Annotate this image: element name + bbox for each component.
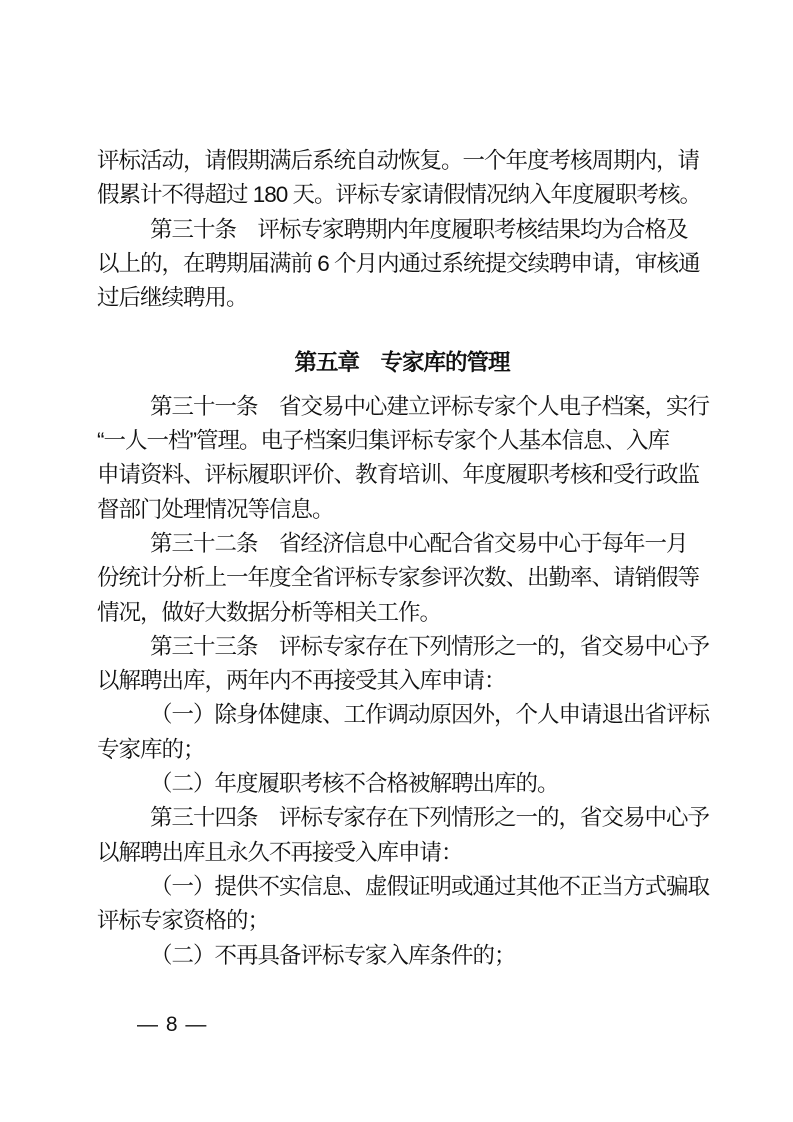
text-line: “一人一档”管理。电子档案归集评标专家个人基本信息、入库 bbox=[97, 424, 707, 458]
text-line: 假累计不得超过 180 天。评标专家请假情况纳入年度履职考核。 bbox=[97, 178, 707, 212]
text-line: 以解聘出库，两年内不再接受其入库申请： bbox=[97, 664, 707, 698]
text-line: 份统计分析上一年度全省评标专家参评次数、出勤率、请销假等 bbox=[97, 561, 707, 595]
document-page: 评标活动，请假期满后系统自动恢复。一个年度考核周期内，请假累计不得超过 180 … bbox=[0, 0, 793, 1122]
document-body: 评标活动，请假期满后系统自动恢复。一个年度考核周期内，请假累计不得超过 180 … bbox=[97, 144, 707, 973]
text-line: 以上的，在聘期届满前 6 个月内通过系统提交续聘申请，审核通 bbox=[97, 247, 707, 281]
text-line: （一）提供不实信息、虚假证明或通过其他不正当方式骗取 bbox=[97, 870, 707, 904]
text-line: 督部门处理情况等信息。 bbox=[97, 493, 707, 527]
text-line: （二）年度履职考核不合格被解聘出库的。 bbox=[97, 767, 707, 801]
text-line: 情况，做好大数据分析等相关工作。 bbox=[97, 596, 707, 630]
text-line: 过后继续聘用。 bbox=[97, 281, 707, 315]
text-line: 评标活动，请假期满后系统自动恢复。一个年度考核周期内，请 bbox=[97, 144, 707, 178]
text-line: 第三十三条 评标专家存在下列情形之一的，省交易中心予 bbox=[97, 630, 707, 664]
text-line: （二）不再具备评标专家入库条件的； bbox=[97, 939, 707, 973]
page-number: — 8 — bbox=[137, 1008, 207, 1042]
text-line: 评标专家资格的； bbox=[97, 904, 707, 938]
text-line: 第三十四条 评标专家存在下列情形之一的，省交易中心予 bbox=[97, 801, 707, 835]
text-line: 第三十条 评标专家聘期内年度履职考核结果均为合格及 bbox=[97, 213, 707, 247]
text-line: 第三十二条 省经济信息中心配合省交易中心于每年一月 bbox=[97, 527, 707, 561]
text-line: 申请资料、评标履职评价、教育培训、年度履职考核和受行政监 bbox=[97, 458, 707, 492]
text-line: 以解聘出库且永久不再接受入库申请： bbox=[97, 836, 707, 870]
chapter-heading: 第五章 专家库的管理 bbox=[97, 346, 707, 380]
text-line: 第三十一条 省交易中心建立评标专家个人电子档案，实行 bbox=[97, 390, 707, 424]
text-line: 专家库的； bbox=[97, 733, 707, 767]
text-line: （一）除身体健康、工作调动原因外，个人申请退出省评标 bbox=[97, 698, 707, 732]
